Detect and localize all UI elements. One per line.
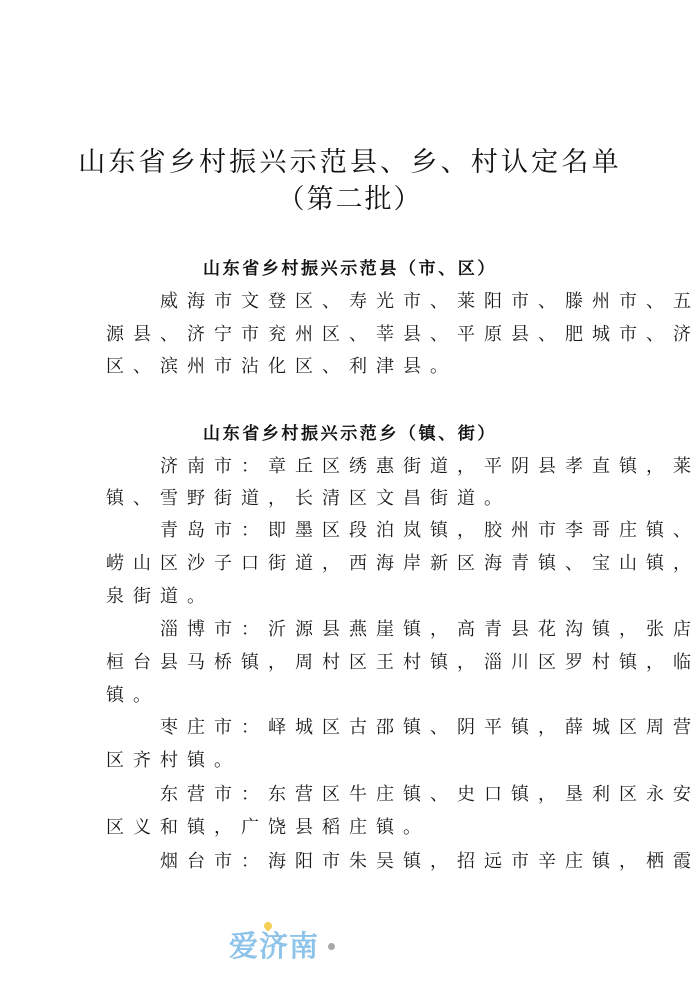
section-heading-counties: 山东省乡村振兴示范县（市、区）	[0, 256, 700, 282]
dot-icon	[328, 943, 335, 950]
logo-label: 爱济南	[229, 929, 319, 963]
entry-zaozhuang-line: 枣庄市：峄城区古邵镇、阴平镇，薛城区周营镇，市中	[160, 715, 700, 741]
text-line: 源县、济宁市兖州区、莘县、平原县、肥城市、济南市章丘	[106, 322, 700, 348]
section-heading-towns: 山东省乡村振兴示范乡（镇、街）	[0, 421, 700, 447]
logo-text: 爱济南	[229, 924, 319, 965]
entry-yantai-line: 烟台市：海阳市朱吴镇，招远市辛庄镇，栖霞市亭口镇，	[160, 849, 700, 875]
entry-qingdao-line: 青岛市：即墨区段泊岚镇，胶州市李哥庄镇、洋河镇，	[160, 518, 700, 544]
text-line: 威海市文登区、寿光市、莱阳市、滕州市、五莲县、沂	[160, 289, 700, 315]
entry-jinan-line: 济南市：章丘区绣惠街道，平阴县孝直镇，莱芜区牛泉	[160, 454, 700, 480]
entry-qingdao-line: 崂山区沙子口街道，西海岸新区海青镇、宝山镇，即墨区龙	[106, 551, 700, 577]
entry-zaozhuang-line: 区齐村镇。	[106, 748, 241, 774]
document-title: 山东省乡村振兴示范县、乡、村认定名单	[0, 145, 700, 181]
entry-zibo-line: 镇。	[106, 683, 160, 709]
document-page: 山东省乡村振兴示范县、乡、村认定名单 （第二批） 山东省乡村振兴示范县（市、区）…	[0, 0, 700, 990]
entry-zibo-line: 淄博市：沂源县燕崖镇，高青县花沟镇，张店区房镇镇，	[160, 617, 700, 643]
entry-dongying-line: 区义和镇，广饶县稻庄镇。	[106, 815, 430, 841]
entry-zibo-line: 桓台县马桥镇，周村区王村镇，淄川区罗村镇，临淄区敬仲	[106, 650, 700, 676]
entry-qingdao-line: 泉街道。	[106, 584, 214, 610]
text-line: 区、滨州市沾化区、利津县。	[106, 354, 457, 380]
entry-dongying-line: 东营市：东营区牛庄镇、史口镇，垦利区永安镇，河口	[160, 782, 700, 808]
watermark-logo: 爱济南	[229, 925, 335, 963]
document-subtitle: （第二批）	[0, 182, 700, 218]
entry-jinan-line: 镇、雪野街道，长清区文昌街道。	[106, 486, 511, 512]
